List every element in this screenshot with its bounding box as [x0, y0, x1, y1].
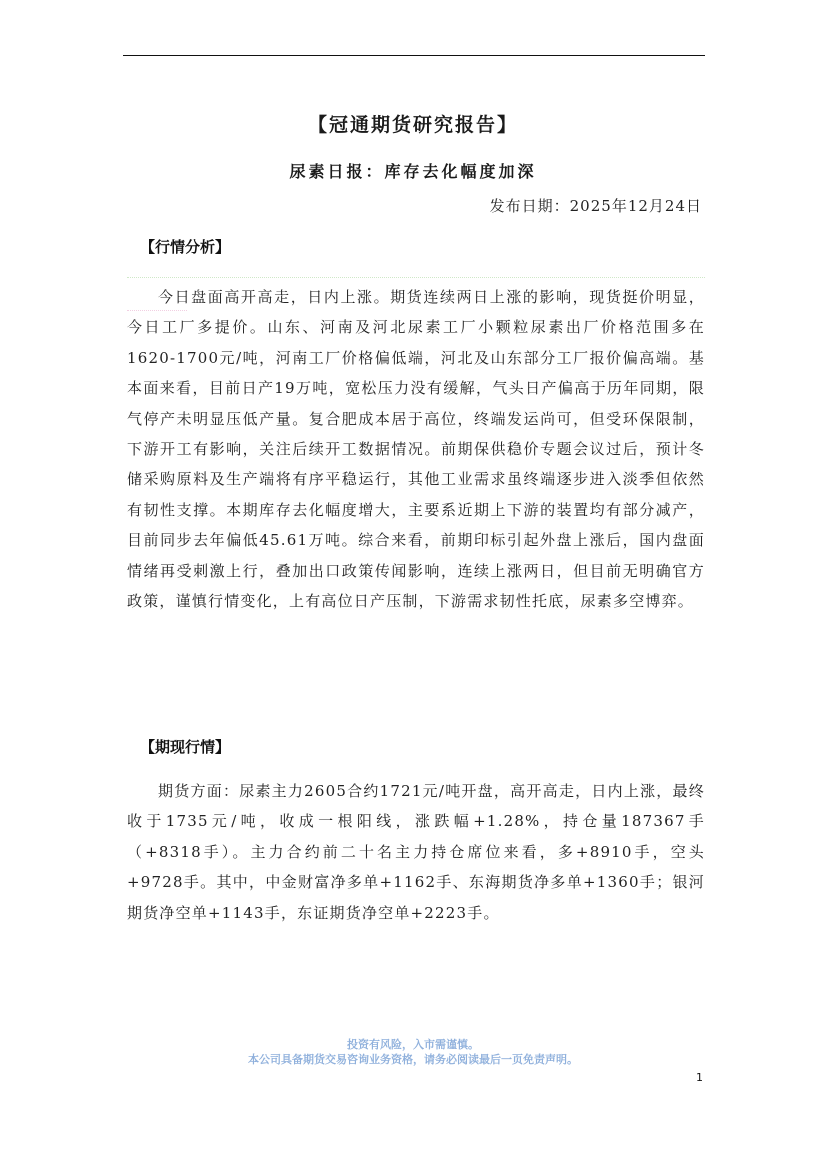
paragraph-market-analysis: 今日盘面高开高走，日内上涨。期货连续两日上涨的影响，现货挺价明显，今日工厂多提价… [127, 282, 705, 616]
disclaimer-notice: 本公司具备期货交易咨询业务资格，请务必阅读最后一页免责声明。 [0, 1052, 826, 1067]
risk-warning: 投资有风险，入市需谨慎。 [0, 1037, 826, 1052]
footer-disclaimer: 投资有风险，入市需谨慎。 本公司具备期货交易咨询业务资格，请务必阅读最后一页免责… [0, 1037, 826, 1067]
page-number: 1 [696, 1071, 703, 1084]
publish-date: 发布日期：2025年12月24日 [490, 195, 702, 216]
header-rule [123, 55, 705, 56]
report-subtitle: 尿素日报：库存去化幅度加深 [0, 159, 826, 182]
report-title: 【冠通期货研究报告】 [0, 110, 826, 137]
paragraph-futures-spot: 期货方面：尿素主力2605合约1721元/吨开盘，高开高走，日内上涨，最终收于1… [127, 776, 705, 928]
layout-grid-line [127, 277, 705, 278]
section-heading-futures-spot: 【期现行情】 [140, 736, 230, 757]
report-page: 【冠通期货研究报告】 尿素日报：库存去化幅度加深 发布日期：2025年12月24… [0, 0, 826, 1169]
section-heading-market-analysis: 【行情分析】 [140, 236, 230, 257]
